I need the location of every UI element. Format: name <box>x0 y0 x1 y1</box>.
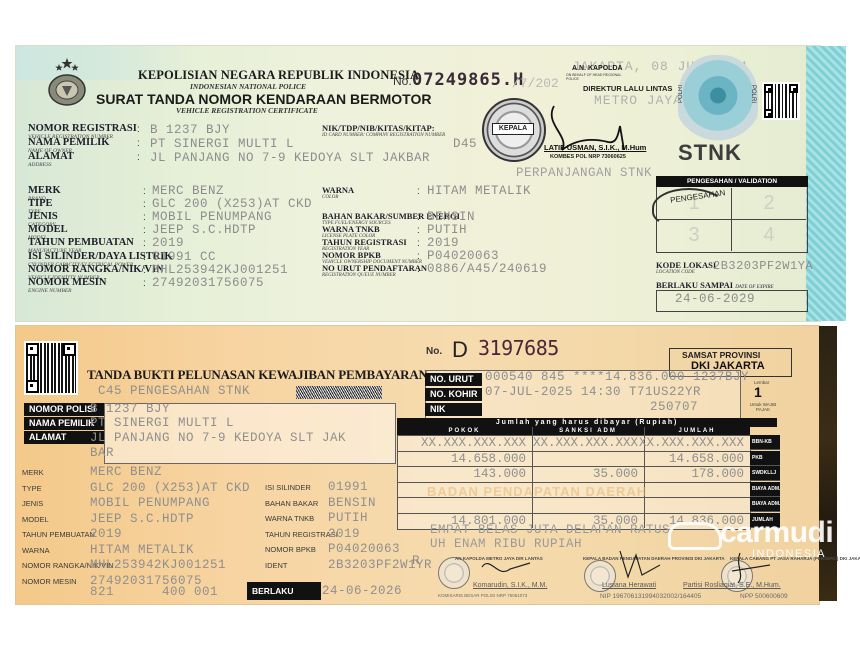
label-address: ALAMATADDRESS <box>28 152 74 168</box>
receipt-right-value-0: 01991 <box>328 480 368 494</box>
extra-code-2: 400 001 <box>162 585 218 599</box>
stnk-title: SURAT TANDA NOMOR KENDARAAN BERMOTOR <box>96 91 431 107</box>
no-kohir-value: 07-JUL-2025 14:30 T71US22YR <box>485 385 701 399</box>
stnk-value-4: 2019 <box>152 236 184 250</box>
colon: : <box>143 212 146 223</box>
stnk-doc-number: 07249865.H <box>412 70 524 90</box>
receipt-right-label-3: TAHUN REGISTRASI <box>265 530 338 539</box>
cell-jumlah: 14.658.000 <box>669 452 744 466</box>
sig1-name: Komarudin, S.I.K., M.M. <box>473 582 547 589</box>
colon: : <box>417 251 420 262</box>
no-urut-value: 000540 845 ****14.836.000 1237BJY <box>485 370 749 384</box>
receipt-right-value-2: PUTIH <box>328 511 368 525</box>
stnk-qr-code-icon <box>762 82 800 120</box>
stnk-right-label-5: NO URUT PENDAFTARANREGISTRATION QUEUE NU… <box>322 264 427 278</box>
stnk-right-value-0: HITAM METALIK <box>427 184 531 198</box>
nik-value: D45 <box>453 137 477 151</box>
signatory-on-behalf: A.N. KAPOLDA <box>572 65 623 72</box>
cell-sanksi: 35.000 <box>593 467 638 481</box>
colon: : <box>417 225 420 236</box>
carmudi-car-icon <box>668 522 722 550</box>
receipt-value-5: HITAM METALIK <box>90 543 194 557</box>
validation-cell-4: 4 <box>732 220 806 251</box>
table-header-2: JUMLAH <box>644 427 750 435</box>
stnk-security-strip <box>806 46 846 321</box>
label-no-urut: NO. URUT <box>425 373 482 386</box>
stnk-label-7: NOMOR MESINENGINE NUMBER <box>28 278 106 294</box>
receipt-value-2: MOBIL PENUMPANG <box>90 496 210 510</box>
signatory-on-behalf-en: ON BEHALF OF HEAD REGIONAL POLICE <box>566 73 622 81</box>
sig3-name: Partisi Rosliaqiat, S.E., M.Hum. <box>683 582 781 589</box>
colon: : <box>143 278 146 289</box>
signatory-rank: KOMBES POL NRP 73060625 <box>550 154 626 160</box>
extra-code-1: 821 <box>90 585 114 599</box>
colon: : <box>417 212 420 223</box>
colon: : <box>137 138 140 149</box>
sig2-id: NIP 196706131994032002/164405 <box>600 593 701 600</box>
table-header-0: POKOK <box>397 427 532 435</box>
police-hologram-icon <box>678 55 758 145</box>
colon: : <box>143 186 146 197</box>
registration-number-value: B 1237 BJY <box>150 123 230 137</box>
colon: : <box>143 265 146 276</box>
receipt-valid-until: 24-06-2026 <box>322 584 402 598</box>
receipt-subtitle: C45 PENGESAHAN STNK <box>98 384 250 398</box>
sig2-name: Lusiana Herawati <box>602 582 656 589</box>
cell-pokok: XX.XXX.XXX.XXX <box>421 436 526 450</box>
carmudi-watermark-sub: INDONESIA <box>752 548 826 560</box>
table-divider <box>397 482 750 483</box>
signatory-name: LATIF USMAN, S.I.K., M.Hum <box>544 143 646 152</box>
validation-header: PENGESAHAN / VALIDATION <box>656 176 808 187</box>
stnk-hologram-text: STNK <box>678 140 742 166</box>
stnk-value-3: JEEP S.C.HDTP <box>152 223 256 237</box>
sheet-number: 1 <box>754 384 762 400</box>
police-emblem-icon <box>42 58 92 108</box>
hologram-side-right: POLRI <box>750 85 756 103</box>
address-value: JL PANJANG NO 7-9 KEDOYA SLT JAKBAR <box>150 151 430 165</box>
receipt-label-3: MODEL <box>22 515 49 524</box>
receipt-label-1: TYPE <box>22 484 42 493</box>
row-label: BIAYA ADM.STNK <box>750 482 780 497</box>
receipt-number: 3197685 <box>478 336 559 360</box>
table-caption: Jumlah yang harus dibayar (Rupiah) <box>397 418 777 427</box>
row-label: BBN-KB <box>750 435 780 450</box>
table-watermark: BADAN PENDAPATAN DAERAH <box>427 484 647 499</box>
left-edge-letter: R <box>412 554 420 568</box>
signatory-position: DIREKTUR LALU LINTAS <box>583 84 672 93</box>
stnk-right-value-4: P04020063 <box>427 249 499 263</box>
validation-cell-2: 2 <box>732 188 806 220</box>
receipt-value-6: MHL253942KJ001251 <box>90 558 226 572</box>
receipt-label-5: WARNA <box>22 546 50 555</box>
nik-receipt-value: 250707 <box>650 400 698 414</box>
colon: : <box>143 199 146 210</box>
label-location-code: KODE LOKASILOCATION CODE <box>656 261 716 275</box>
stnk-right-value-1: BENSIN <box>427 210 475 224</box>
cell-jumlah: 178.000 <box>691 467 744 481</box>
label-nik: NIK <box>425 403 482 416</box>
cell-pokok: 14.658.000 <box>451 452 526 466</box>
receipt-right-value-1: BENSIN <box>328 496 376 510</box>
agency-name-en: INDONESIAN NATIONAL POLICE <box>190 82 306 91</box>
nomor-polisi-value: B 1237 BJY <box>90 402 170 416</box>
seal-label: KEPALA <box>492 123 534 135</box>
owner-name-value: PT SINERGI MULTI L <box>150 137 294 151</box>
row-label: BIAYA ADM.TNKB <box>750 497 780 512</box>
cell-sanksi: XX.XXX.XXX.XXX <box>533 436 638 450</box>
receipt-right-label-1: BAHAN BAKAR <box>265 499 318 508</box>
renewal-note: PERPANJANGAN STNK <box>516 166 652 180</box>
receipt-value-4: 2019 <box>90 527 122 541</box>
label-no-kohir: NO. KOHIR <box>425 388 482 401</box>
receipt-right-label-5: IDENT <box>265 561 288 570</box>
colon: : <box>143 225 146 236</box>
cell-jumlah: XX.XXX.XXX.XXX <box>639 436 744 450</box>
colon: : <box>143 238 146 249</box>
stnk-value-1: GLC 200 (X253)AT CKD <box>152 197 312 211</box>
stnk-value-2: MOBIL PENUMPANG <box>152 210 272 224</box>
receipt-value-0: MERC BENZ <box>90 465 162 479</box>
colon: : <box>137 124 140 135</box>
receipt-label-2: JENIS <box>22 499 43 508</box>
receipt-label-7: NOMOR MESIN <box>22 577 77 586</box>
colon: : <box>143 252 146 263</box>
amount-in-words-line1: EMPAT BELAS JUTA DELAPAN RATUS <box>430 523 670 537</box>
barcode-stripe-icon <box>296 386 382 399</box>
nama-pemilik-value: PT SINERGI MULTI L <box>90 416 234 430</box>
alamat-line2-value: BAR <box>90 446 114 460</box>
samsat-label: SAMSAT PROVINSI <box>682 350 760 360</box>
receipt-title: TANDA BUKTI PELUNASAN KEWAJIBAN PEMBAYAR… <box>87 367 428 383</box>
receipt-right-value-3: 2019 <box>328 527 360 541</box>
agency-name: KEPOLISIAN NEGARA REPUBLIK INDONESIA <box>138 68 419 83</box>
colon: : <box>417 238 420 249</box>
receipt-label-4: TAHUN PEMBUATAN <box>22 530 95 539</box>
receipt-qr-code-icon <box>24 341 78 395</box>
sheet-for: Untuk WAJIB PAJAK <box>748 402 778 412</box>
stnk-right-label-0: WARNACOLOR <box>322 186 354 200</box>
receipt-label-0: MERK <box>22 468 44 477</box>
payment-table: POKOKSANKSI ADMJUMLAHBADAN PENDAPATAN DA… <box>397 427 781 526</box>
stnk-title-en: VEHICLE REGISTRATION CERTIFICATE <box>176 106 318 115</box>
receipt-right-label-2: WARNA TNKB <box>265 514 314 523</box>
location-code-value: 2B3203PF2W1YA <box>713 259 813 273</box>
police-stamp-icon <box>438 557 470 589</box>
valid-until-value: 24-06-2029 <box>675 292 755 306</box>
receipt-right-label-0: ISI SILINDER <box>265 483 311 492</box>
sig3-id: NPP 500600609 <box>740 593 788 600</box>
sig1-id: KOMISARIS BESAR POLISI NRP 75061073 <box>438 593 527 598</box>
receipt-right-value-4: P04020063 <box>328 542 400 556</box>
date-fragment: /7/202 <box>512 76 559 91</box>
colon: : <box>417 264 420 275</box>
colon: : <box>137 152 140 163</box>
receipt-no-label: No. <box>426 346 442 357</box>
stnk-value-5: 01991 CC <box>152 250 216 264</box>
alamat-value: JL PANJANG NO 7-9 KEDOYA SLT JAK <box>90 431 346 445</box>
cell-pokok: 143.000 <box>473 467 526 481</box>
label-nik: NIK/TDP/NIB/KITAS/KITAP:ID CARD NUMBER/ … <box>322 124 445 138</box>
stnk-right-value-2: PUTIH <box>427 223 467 237</box>
stnk-right-value-5: 0886/A45/240619 <box>427 262 547 276</box>
hologram-side-left: POLRI <box>678 85 684 103</box>
receipt-right-label-4: NOMOR BPKB <box>265 545 316 554</box>
receipt-value-1: GLC 200 (X253)AT CKD <box>90 481 250 495</box>
carmudi-watermark: carmudi <box>720 516 833 550</box>
colon: : <box>417 186 420 197</box>
table-header-1: SANKSI ADM <box>532 427 644 435</box>
receipt-series: D <box>452 337 468 363</box>
stnk-value-6: MHL253942KJ001251 <box>152 263 288 277</box>
stnk-right-value-3: 2019 <box>427 236 459 250</box>
row-label: PKB <box>750 451 780 466</box>
stnk-value-7: 27492031756075 <box>152 276 264 290</box>
label-berlaku-sampai: BERLAKU SAMPAI <box>247 582 321 600</box>
receipt-value-3: JEEP S.C.HDTP <box>90 512 194 526</box>
row-label: SWDKLLJ <box>750 466 780 481</box>
stnk-value-0: MERC BENZ <box>152 184 224 198</box>
